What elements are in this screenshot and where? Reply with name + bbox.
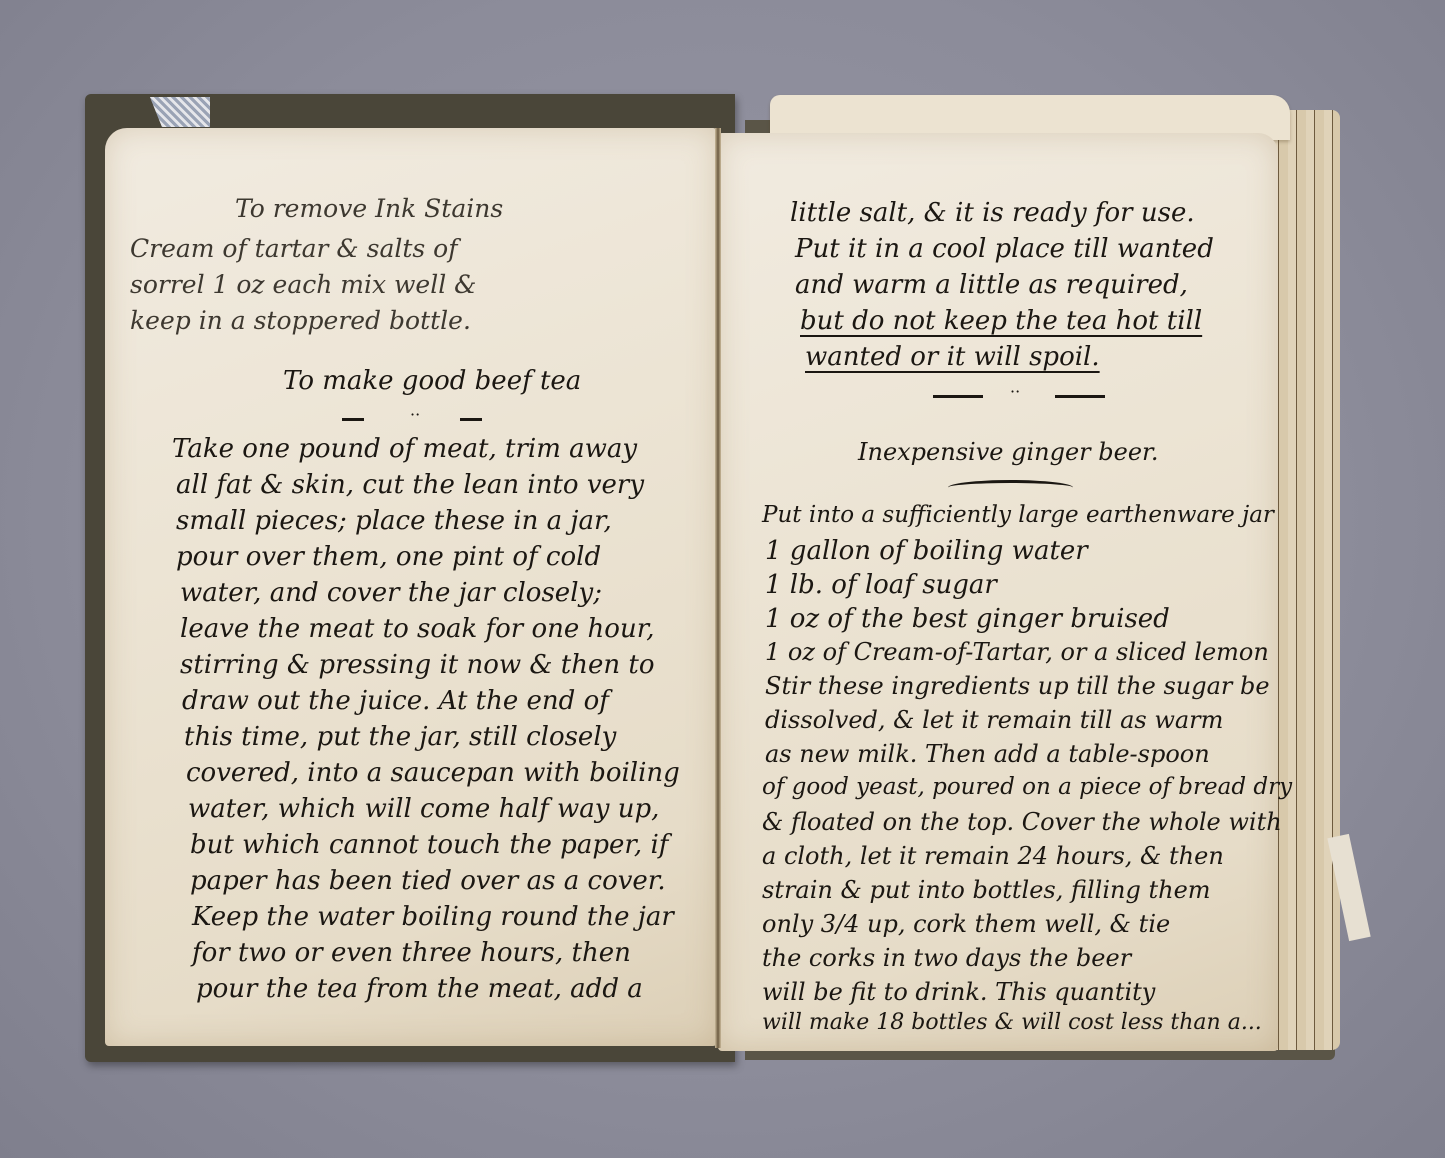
recipe-line: only 3/4 up, cork them well, & tie <box>762 912 1170 936</box>
ingredient-line: 1 lb. of loaf sugar <box>765 572 997 598</box>
loose-page-edges <box>1270 110 1340 1050</box>
divider-dash <box>342 418 364 421</box>
recipe-line: leave the meat to soak for one hour, <box>180 616 655 642</box>
recipe-line: of good yeast, poured on a piece of brea… <box>762 776 1292 799</box>
recipe-line: strain & put into bottles, filling them <box>762 878 1211 902</box>
divider-dots: ·· <box>1010 382 1020 401</box>
recipe-line: sorrel 1 oz each mix well & <box>130 272 476 297</box>
recipe-line: small pieces; place these in a jar, <box>176 508 612 534</box>
recipe-line: dissolved, & let it remain till as warm <box>765 708 1223 732</box>
recipe-line-underlined: but do not keep the tea hot till <box>800 308 1202 334</box>
divider-dash <box>1055 395 1105 398</box>
recipe-line: but which cannot touch the paper, if <box>190 832 668 858</box>
recipe-line: Put into a sufficiently large earthenwar… <box>762 504 1274 527</box>
recipe-line: & floated on the top. Cover the whole wi… <box>762 810 1282 834</box>
recipe-line: paper has been tied over as a cover. <box>190 868 666 894</box>
recipe-title-ink-stains: To remove Ink Stains <box>235 196 503 221</box>
recipe-line: water, which will come half way up, <box>188 796 659 822</box>
recipe-line: the corks in two days the beer <box>762 946 1131 970</box>
recipe-line: Stir these ingredients up till the sugar… <box>765 674 1270 698</box>
recipe-line-underlined: wanted or it will spoil. <box>805 344 1100 370</box>
divider-dash <box>460 418 482 421</box>
recipe-line: this time, put the jar, still closely <box>184 724 616 750</box>
recipe-line: draw out the juice. At the end of <box>182 688 609 714</box>
recipe-line: will be fit to drink. This quantity <box>762 980 1155 1004</box>
recipe-line: for two or even three hours, then <box>192 940 631 966</box>
recipe-line: Cream of tartar & salts of <box>130 236 458 261</box>
recipe-line: keep in a stoppered bottle. <box>130 308 471 333</box>
recipe-line: a cloth, let it remain 24 hours, & then <box>762 844 1224 868</box>
recipe-line: as new milk. Then add a table-spoon <box>765 742 1210 766</box>
recipe-line: water, and cover the jar closely; <box>180 580 602 606</box>
recipe-line: Keep the water boiling round the jar <box>192 904 674 930</box>
recipe-line: pour over them, one pint of cold <box>176 544 601 570</box>
ingredient-line: 1 oz of the best ginger bruised <box>765 606 1170 632</box>
divider-dash <box>933 395 983 398</box>
title-flourish <box>948 480 1073 495</box>
recipe-line: pour the tea from the meat, add a <box>196 976 643 1002</box>
recipe-line: Take one pound of meat, trim away <box>172 436 637 462</box>
ingredient-line: 1 oz of Cream-of-Tartar, or a sliced lem… <box>765 640 1269 664</box>
recipe-line: all fat & skin, cut the lean into very <box>176 472 644 498</box>
recipe-line: and warm a little as required, <box>795 272 1188 298</box>
book-gutter <box>715 128 721 1048</box>
recipe-title-ginger-beer: Inexpensive ginger beer. <box>858 440 1158 464</box>
recipe-title-beef-tea: To make good beef tea <box>283 368 581 394</box>
recipe-line: stirring & pressing it now & then to <box>180 652 655 678</box>
recipe-line: little salt, & it is ready for use. <box>790 200 1195 226</box>
recipe-line: will make 18 bottles & will cost less th… <box>762 1012 1262 1034</box>
ingredient-line: 1 gallon of boiling water <box>765 538 1088 564</box>
recipe-line: Put it in a cool place till wanted <box>795 236 1214 262</box>
recipe-line: covered, into a saucepan with boiling <box>186 760 680 786</box>
divider-dots: ·· <box>410 405 420 424</box>
